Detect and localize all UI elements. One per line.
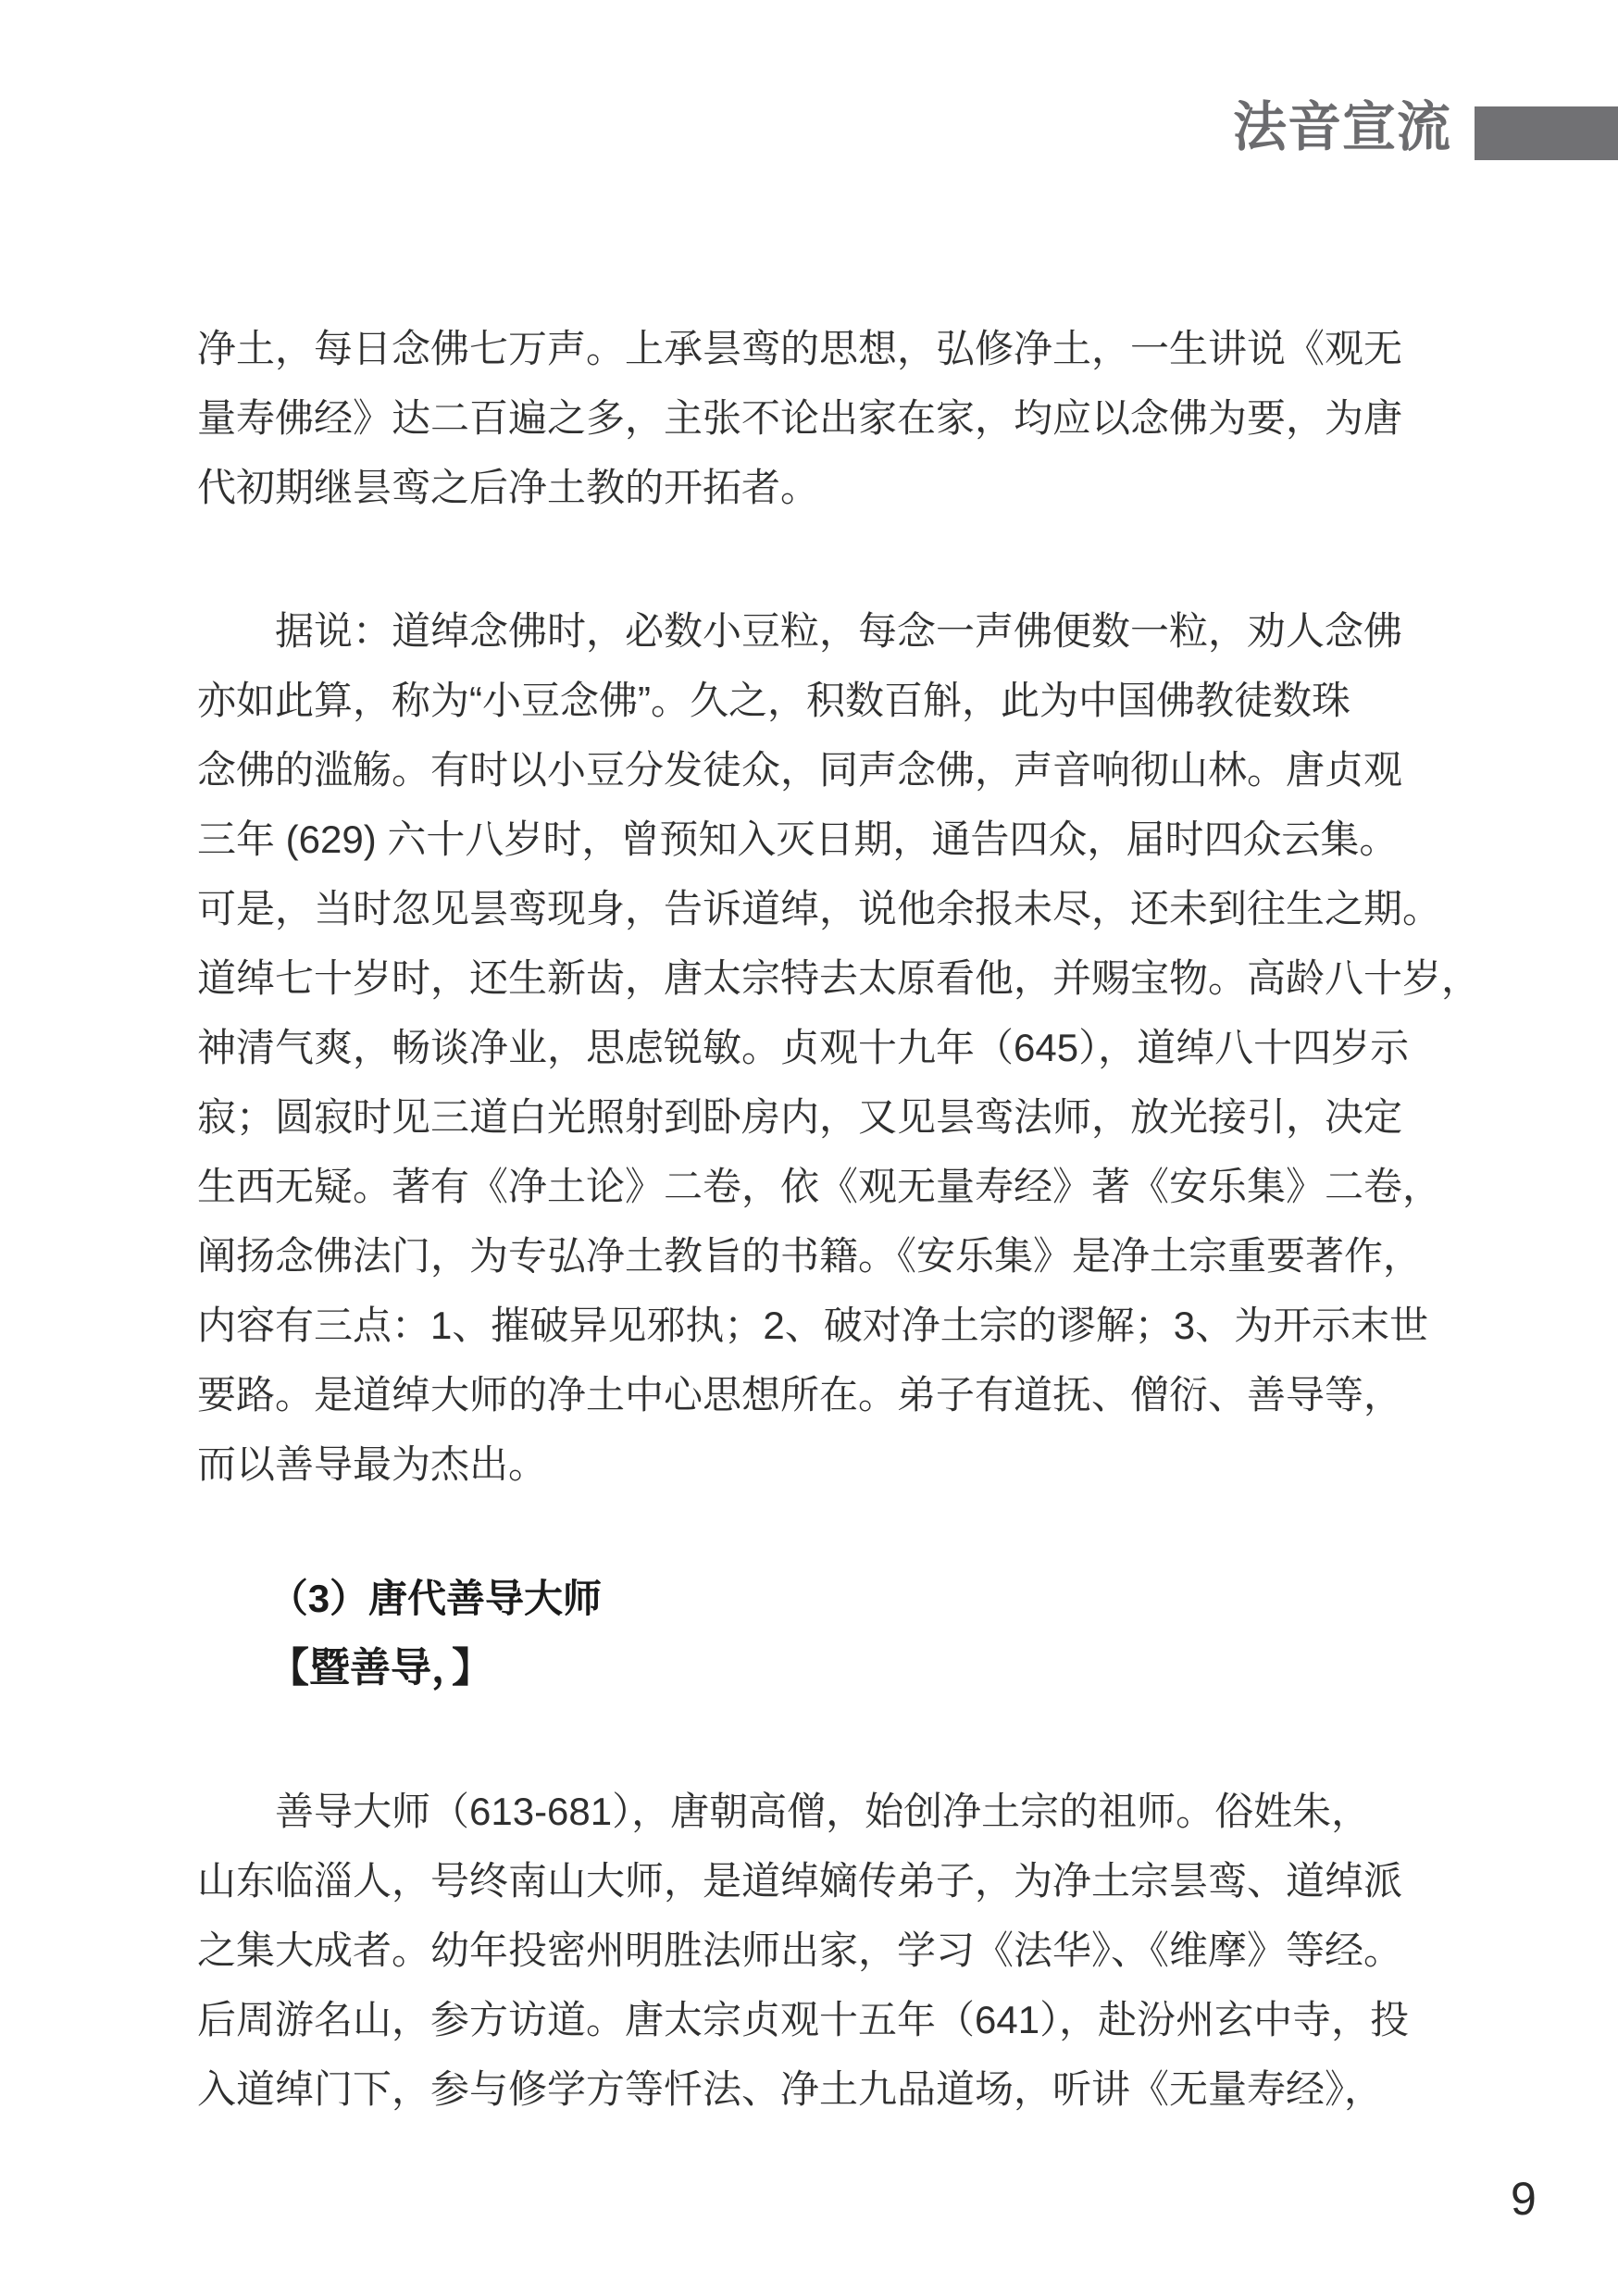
running-header-title: 法音宣流 (1233, 98, 1451, 157)
text-line: 神清气爽，畅谈净业，思虑锐敏。贞观十九年（645），道绰八十四岁示 (197, 1013, 1456, 1082)
paragraph: 净土，每日念佛七万声。上承昙鸾的思想，弘修净土，一生讲说《观无 量寿佛经》达二百… (197, 314, 1456, 522)
section-heading: （3）唐代善导大师 (197, 1564, 1456, 1633)
text-line: 内容有三点：1、摧破异见邪执；2、破对净土宗的谬解；3、为开示末世 (197, 1291, 1456, 1360)
text-line: 道绰七十岁时，还生新齿，唐太宗特去太原看他，并赐宝物。高龄八十岁， (197, 943, 1456, 1013)
text-line: 量寿佛经》达二百遍之多，主张不论出家在家，均应以念佛为要，为唐 (197, 383, 1456, 453)
header-accent-bar (1475, 106, 1618, 160)
text-line: 山东临淄人，号终南山大师，是道绰嫡传弟子，为净土宗昙鸾、道绰派 (197, 1846, 1456, 1915)
text-line: 阐扬念佛法门，为专弘净土教旨的书籍。《安乐集》是净土宗重要著作， (197, 1221, 1456, 1291)
page-number: 9 (1511, 2176, 1537, 2222)
text-line: 亦如此算，称为“小豆念佛”。久之，积数百斛，此为中国佛教徒数珠 (197, 666, 1456, 735)
text-line: 后周游名山，参方访道。唐太宗贞观十五年（641），赴汾州玄中寺，投 (197, 1985, 1456, 2054)
text-line: 净土，每日念佛七万声。上承昙鸾的思想，弘修净土，一生讲说《观无 (197, 314, 1456, 383)
paragraph: 善导大师（613-681），唐朝高僧，始创净土宗的祖师。俗姓朱， 山东临淄人，号… (197, 1777, 1456, 2124)
text-line: 代初期继昙鸾之后净土教的开拓者。 (197, 453, 1456, 522)
page-content: 净土，每日念佛七万声。上承昙鸾的思想，弘修净土，一生讲说《观无 量寿佛经》达二百… (197, 314, 1456, 2124)
text-line: 可是，当时忽见昙鸾现身，告诉道绰，说他余报未尽，还未到往生之期。 (197, 874, 1456, 943)
text-line: 入道绰门下，参与修学方等忏法、净土九品道场，听讲《无量寿经》， (197, 2054, 1456, 2124)
text-line: 要路。是道绰大师的净土中心思想所在。弟子有道抚、僧衍、善导等， (197, 1360, 1456, 1429)
book-page: 法音宣流 净土，每日念佛七万声。上承昙鸾的思想，弘修净土，一生讲说《观无 量寿佛… (0, 0, 1618, 2296)
text-line: 据说：道绰念佛时，必数小豆粒，每念一声佛便数一粒，劝人念佛 (197, 596, 1456, 666)
text-line: 生西无疑。著有《净土论》二卷，依《观无量寿经》著《安乐集》二卷， (197, 1152, 1456, 1221)
text-line: 三年 (629) 六十八岁时，曾预知入灭日期，通告四众，届时四众云集。 (197, 805, 1456, 874)
paragraph: 据说：道绰念佛时，必数小豆粒，每念一声佛便数一粒，劝人念佛 亦如此算，称为“小豆… (197, 596, 1456, 1499)
text-line: 念佛的滥觞。有时以小豆分发徒众，同声念佛，声音响彻山林。唐贞观 (197, 735, 1456, 805)
section-block: （3）唐代善导大师 【暨善导，】 (197, 1564, 1456, 1703)
text-line: 寂；圆寂时见三道白光照射到卧房内，又见昙鸾法师，放光接引，决定 (197, 1082, 1456, 1152)
bracket-annotation: 【暨善导，】 (197, 1633, 1456, 1703)
text-line: 而以善导最为杰出。 (197, 1429, 1456, 1499)
text-line: 善导大师（613-681），唐朝高僧，始创净土宗的祖师。俗姓朱， (197, 1777, 1456, 1846)
text-line: 之集大成者。幼年投密州明胜法师出家，学习《法华》、《维摩》等经。 (197, 1915, 1456, 1985)
